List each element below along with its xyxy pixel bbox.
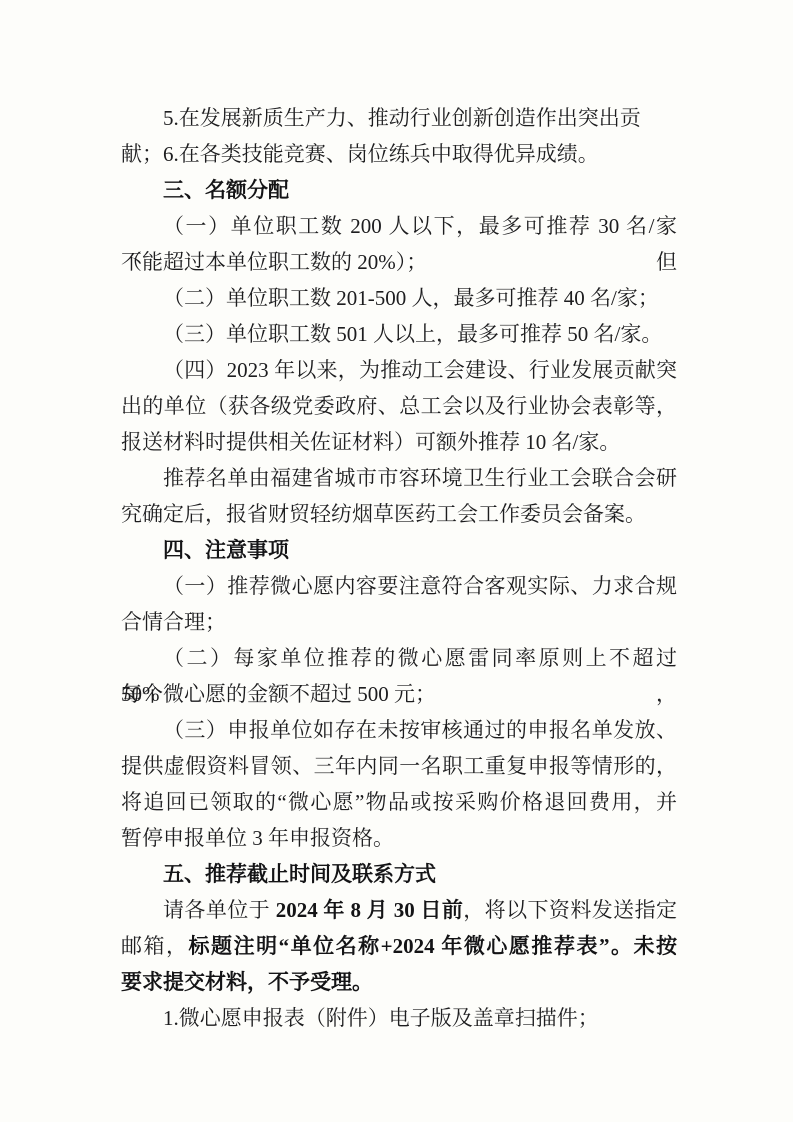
document-page: 5.在发展新质生产力、推动行业创新创造作出突出贡献； 6.在各类技能竞赛、岗位练… [0,0,793,1122]
text-run: ，将以下资料发送指定 [463,898,677,922]
text-line-bold: 要求提交材料，不予受理。 [121,964,677,1000]
text-line: （二）单位职工数 201-500 人，最多可推荐 40 名/家； [121,280,677,316]
text-line: 提供虚假资料冒领、三年内同一名职工重复申报等情形的， [121,748,677,784]
text-line: （二）每家单位推荐的微心愿雷同率原则上不超过 50%， [121,640,677,676]
text-line: 报送材料时提供相关佐证材料）可额外推荐 10 名/家。 [121,424,677,460]
subject-format-bold: 标题注明“单位名称+2024 年微心愿推荐表”。未按 [189,934,677,958]
text-line: 将追回已领取的“微心愿”物品或按采购价格退回费用，并 [121,784,677,820]
text-line: 暂停申报单位 3 年申报资格。 [121,820,677,856]
text-line: 1.微心愿申报表（附件）电子版及盖章扫描件； [121,1000,677,1036]
text-line: 究确定后，报省财贸轻纺烟草医药工会工作委员会备案。 [121,496,677,532]
text-line: （三）申报单位如存在未按审核通过的申报名单发放、 [121,712,677,748]
text-line-deadline: 请各单位于 2024 年 8 月 30 日前，将以下资料发送指定 [121,892,677,928]
text-line: （一）单位职工数 200 人以下，最多可推荐 30 名/家（但 [121,208,677,244]
section-heading-deadline: 五、推荐截止时间及联系方式 [121,856,677,892]
text-line: 5.在发展新质生产力、推动行业创新创造作出突出贡献； [121,100,677,136]
text-line: 出的单位（获各级党委政府、总工会以及行业协会表彰等， [121,388,677,424]
text-line: 合情合理； [121,604,677,640]
text-run: 邮箱， [121,934,189,958]
text-line: （三）单位职工数 501 人以上，最多可推荐 50 名/家。 [121,316,677,352]
text-line: 6.在各类技能竞赛、岗位练兵中取得优异成绩。 [121,136,677,172]
deadline-date-bold: 2024 年 8 月 30 日前 [276,898,464,922]
section-heading-quota: 三、名额分配 [121,172,677,208]
section-heading-notes: 四、注意事项 [121,532,677,568]
text-line: （四）2023 年以来，为推动工会建设、行业发展贡献突 [121,352,677,388]
text-line-email-subject: 邮箱，标题注明“单位名称+2024 年微心愿推荐表”。未按 [121,928,677,964]
text-line: 推荐名单由福建省城市市容环境卫生行业工会联合会研 [121,460,677,496]
text-line: （一）推荐微心愿内容要注意符合客观实际、力求合规 [121,568,677,604]
document-body: 5.在发展新质生产力、推动行业创新创造作出突出贡献； 6.在各类技能竞赛、岗位练… [121,100,677,1036]
text-run: 请各单位于 [163,898,276,922]
